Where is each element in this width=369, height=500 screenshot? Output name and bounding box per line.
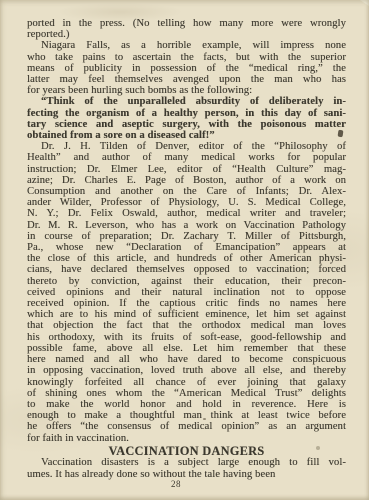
paragraph: Niagara Falls, as a horrible example, wi… [27, 40, 346, 96]
text-line: Health” and author of many medical works… [27, 152, 346, 163]
text-line: fecting the organism of a healthy person… [27, 108, 346, 119]
text-line: Dr. J. H. Tilden of Denver, editor of th… [27, 141, 346, 152]
paragraph: ported in the press. (No telling how man… [27, 18, 346, 40]
paragraph: Vaccination disasters is a subject large… [27, 457, 346, 479]
text-line: knowingly forfeited all chance of ever j… [27, 377, 346, 388]
text-line: possible fame, above all else. Let him r… [27, 343, 346, 354]
text-line: Consumption and another on the Care of I… [27, 186, 346, 197]
text-line: here named and all who have dared to bec… [27, 354, 346, 365]
text-block: ported in the press. (No telling how man… [27, 18, 346, 480]
text-line: Pa., whose new “Declaration of Emancipat… [27, 242, 346, 253]
text-line: N. Y.; Dr. Felix Oswald, author, medical… [27, 208, 346, 219]
text-line: Dr. M. R. Leverson, who has a work on Va… [27, 220, 346, 231]
text-line: latter may feel themselves avenged upon … [27, 74, 346, 85]
paragraph: Dr. J. H. Tilden of Denver, editor of th… [27, 141, 346, 443]
text-line: obtained from a sore on a diseased calf!… [27, 130, 346, 141]
text-line: reported.) [27, 29, 346, 40]
section-heading: VACCINATION DANGERS [27, 445, 346, 458]
text-line: for faith in vaccination. [27, 433, 346, 444]
text-line: ceived opinions and their natural inclin… [27, 287, 346, 298]
text-line: means of publicity in possession of the … [27, 63, 346, 74]
quoted-passage: “Think of the unparalleled absurdity of … [27, 96, 346, 141]
text-line: cians, have declared themselves opposed … [27, 264, 346, 275]
text-line: the close of this article, and hundreds … [27, 253, 346, 264]
text-line: azine; Dr. Charles E. Page of Boston, au… [27, 175, 346, 186]
text-line: “Think of the unparalleled absurdity of … [27, 96, 346, 107]
text-line: who take pains to ascertain the facts, b… [27, 52, 346, 63]
text-line: Niagara Falls, as a horrible example, wi… [27, 40, 346, 51]
text-line: Vaccination disasters is a subject large… [27, 457, 346, 468]
text-line: that objection the fact that the orthodo… [27, 320, 346, 331]
text-line: of shining ones whom the “American Medic… [27, 388, 346, 399]
page-corner-notch [360, 0, 369, 6]
text-line: to make the world honor and hold in reve… [27, 399, 346, 410]
text-line: instruction; Dr. Elmer Lee, editor of “H… [27, 164, 346, 175]
text-line: received opinion. If the captious critic… [27, 298, 346, 309]
text-line: he offers “the consensus of medical opin… [27, 421, 346, 432]
text-line: ander Wilder, Professor of Physiology, U… [27, 197, 346, 208]
text-line: thereto by conviction, against their edu… [27, 276, 346, 287]
text-line: his orthodoxy, with its fruits of soft-e… [27, 332, 346, 343]
text-line: which are to his mind of sufficient emin… [27, 309, 346, 320]
text-line: ported in the press. (No telling how man… [27, 18, 346, 29]
page-number: 28 [0, 479, 352, 489]
text-line: tary science and aseptic surgery, with t… [27, 119, 346, 130]
text-line: for years been hurling such bombs as the… [27, 85, 346, 96]
text-line: enough to make a thoughtful man think at… [27, 410, 346, 421]
text-line: in course of preparation; Dr. Zachary T.… [27, 231, 346, 242]
text-line: in opposing vaccination, loved truth abo… [27, 365, 346, 376]
scanned-book-page: ported in the press. (No telling how man… [0, 0, 369, 500]
